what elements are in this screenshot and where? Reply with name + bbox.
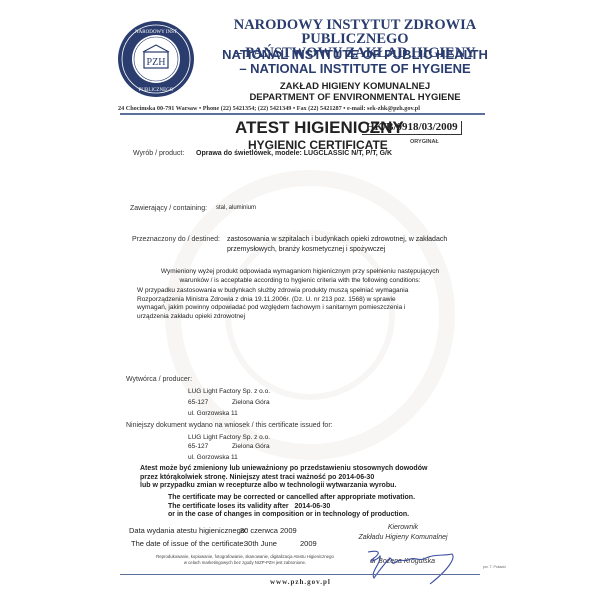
department-pl: ZAKŁAD HIGIENY KOMUNALNEJ: [200, 81, 510, 92]
validity-en-line1: The certificate may be corrected or canc…: [168, 494, 415, 503]
footer-divider: [120, 574, 480, 575]
validity-pl-line3: lub w przypadku zmian w recepturze albo …: [140, 482, 427, 491]
reproduction-disclaimer: Reprodukowanie, kopiowanie, fotografowan…: [120, 554, 370, 566]
validity-en-date: 2014-06-30: [294, 503, 330, 510]
website: www.pzh.gov.pl: [270, 578, 331, 586]
svg-text:PZH: PZH: [147, 57, 166, 68]
signatory-title: Kierownik Zakładu Higieny Komunalnej: [348, 523, 458, 543]
issued-for-city: Zielona Góra: [232, 443, 270, 452]
issued-for-street: ul. Gorzowska 11: [188, 454, 238, 463]
contact-line: 24 Chocimska 00-791 Warsaw • Phone (22) …: [118, 105, 488, 112]
condition-line: urządzenia zakładu opieki zdrowotnej: [137, 313, 408, 322]
department-name: ZAKŁAD HIGIENY KOMUNALNEJ DEPARTMENT OF …: [200, 81, 510, 103]
issued-for-name: LUG Light Factory Sp. z o.o.: [188, 434, 270, 443]
validity-pl-line2: przez którąkolwiek stronę. Niniejszy ate…: [140, 474, 336, 481]
svg-text:PUBLICZNEGO: PUBLICZNEGO: [139, 88, 174, 93]
signatory-initials: prz. T. Pokacki: [483, 565, 506, 569]
destined-value-line2: przemysłowych, branży kosmetycznej i spo…: [227, 246, 385, 253]
institute-name-en: NATIONAL INSTITUTE OF PUBLIC HEALTH – NA…: [200, 48, 510, 76]
issue-date-pl-value: 30 czerwca 2009: [240, 526, 297, 535]
svg-text:NARODOWY INST: NARODOWY INST: [135, 30, 177, 35]
issue-date-pl-label: Data wydania atestu higienicznego:: [129, 526, 247, 535]
validity-pl-date: 2014-06-30: [338, 474, 374, 481]
department-en: DEPARTMENT OF ENVIRONMENTAL HYGIENE: [200, 92, 510, 103]
issued-for-postcode: 65-127: [188, 443, 208, 452]
containing-label: Zawierający / containing:: [130, 205, 207, 212]
signatory-title-line1: Kierownik: [348, 523, 458, 533]
validity-en: The certificate may be corrected or canc…: [168, 494, 415, 520]
producer-city: Zielona Góra: [232, 399, 270, 408]
pzh-seal-icon: PZH NARODOWY INST PUBLICZNEGO: [117, 20, 195, 98]
product-value: Oprawa do świetlówek, modele: LUGCLASSIC…: [196, 150, 392, 157]
validity-en-line3: or in the case of changes in composition…: [168, 511, 415, 520]
conditions-intro: Wymieniony wyżej produkt odpowiada wymag…: [130, 268, 470, 285]
condition-line: W przypadku zastosowania w budynkach słu…: [137, 287, 408, 296]
disclaimer-line2: w celach marketingowych bez zgody NIZP-P…: [120, 560, 370, 566]
validity-pl-line1: Atest może być zmieniony lub unieważnion…: [140, 465, 427, 474]
validity-pl: Atest może być zmieniony lub unieważnion…: [140, 465, 427, 491]
issue-date-en-label: The date of issue of the certificate:: [131, 539, 246, 548]
destined-label: Przeznaczony do / destined:: [132, 236, 220, 243]
product-label: Wyrób / product:: [133, 150, 184, 157]
condition-line: wymagań, jakim powinny odpowiadać pod wz…: [137, 304, 408, 313]
handwritten-signature-icon: [360, 548, 470, 588]
issued-for-label: Niniejszy dokument wydano na wniosek / t…: [126, 422, 333, 429]
destined-value-line1: zastosowania w szpitalach i budynkach op…: [227, 236, 447, 243]
pzh-logo: PZH NARODOWY INST PUBLICZNEGO: [117, 20, 195, 98]
producer-label: Wytwórca / producer:: [126, 376, 192, 383]
issue-date-en-day: 30th June: [244, 539, 277, 548]
institute-en-line2: – NATIONAL INSTITUTE OF HYGIENE: [200, 62, 510, 76]
original-label: ORYGINAŁ: [410, 139, 439, 145]
conditions-intro-line2: warunków / is acceptable according to hy…: [130, 277, 470, 286]
validity-en-line2: The certificate loses its validity after: [168, 503, 289, 510]
certificate-number: HK/B/0918/03/2009: [362, 121, 462, 135]
producer-postcode: 65-127: [188, 399, 208, 408]
producer-name: LUG Light Factory Sp. z o.o.: [188, 388, 270, 397]
institute-pl-line1: NARODOWY INSTYTUT ZDROWIA PUBLICZNEGO: [195, 18, 515, 46]
institute-en-line1: NATIONAL INSTITUTE OF PUBLIC HEALTH: [200, 48, 510, 62]
containing-value: stal, aluminium: [216, 205, 256, 211]
condition-line: Rozporządzenia Ministra Zdrowia z dnia 1…: [137, 296, 408, 305]
signatory-title-line2: Zakładu Higieny Komunalnej: [348, 533, 458, 543]
issue-date-en-year: 2009: [300, 539, 317, 548]
conditions-text: W przypadku zastosowania w budynkach słu…: [137, 287, 408, 321]
producer-street: ul. Gorzowska 11: [188, 410, 238, 419]
header-divider: [120, 113, 485, 115]
conditions-intro-line1: Wymieniony wyżej produkt odpowiada wymag…: [130, 268, 470, 277]
